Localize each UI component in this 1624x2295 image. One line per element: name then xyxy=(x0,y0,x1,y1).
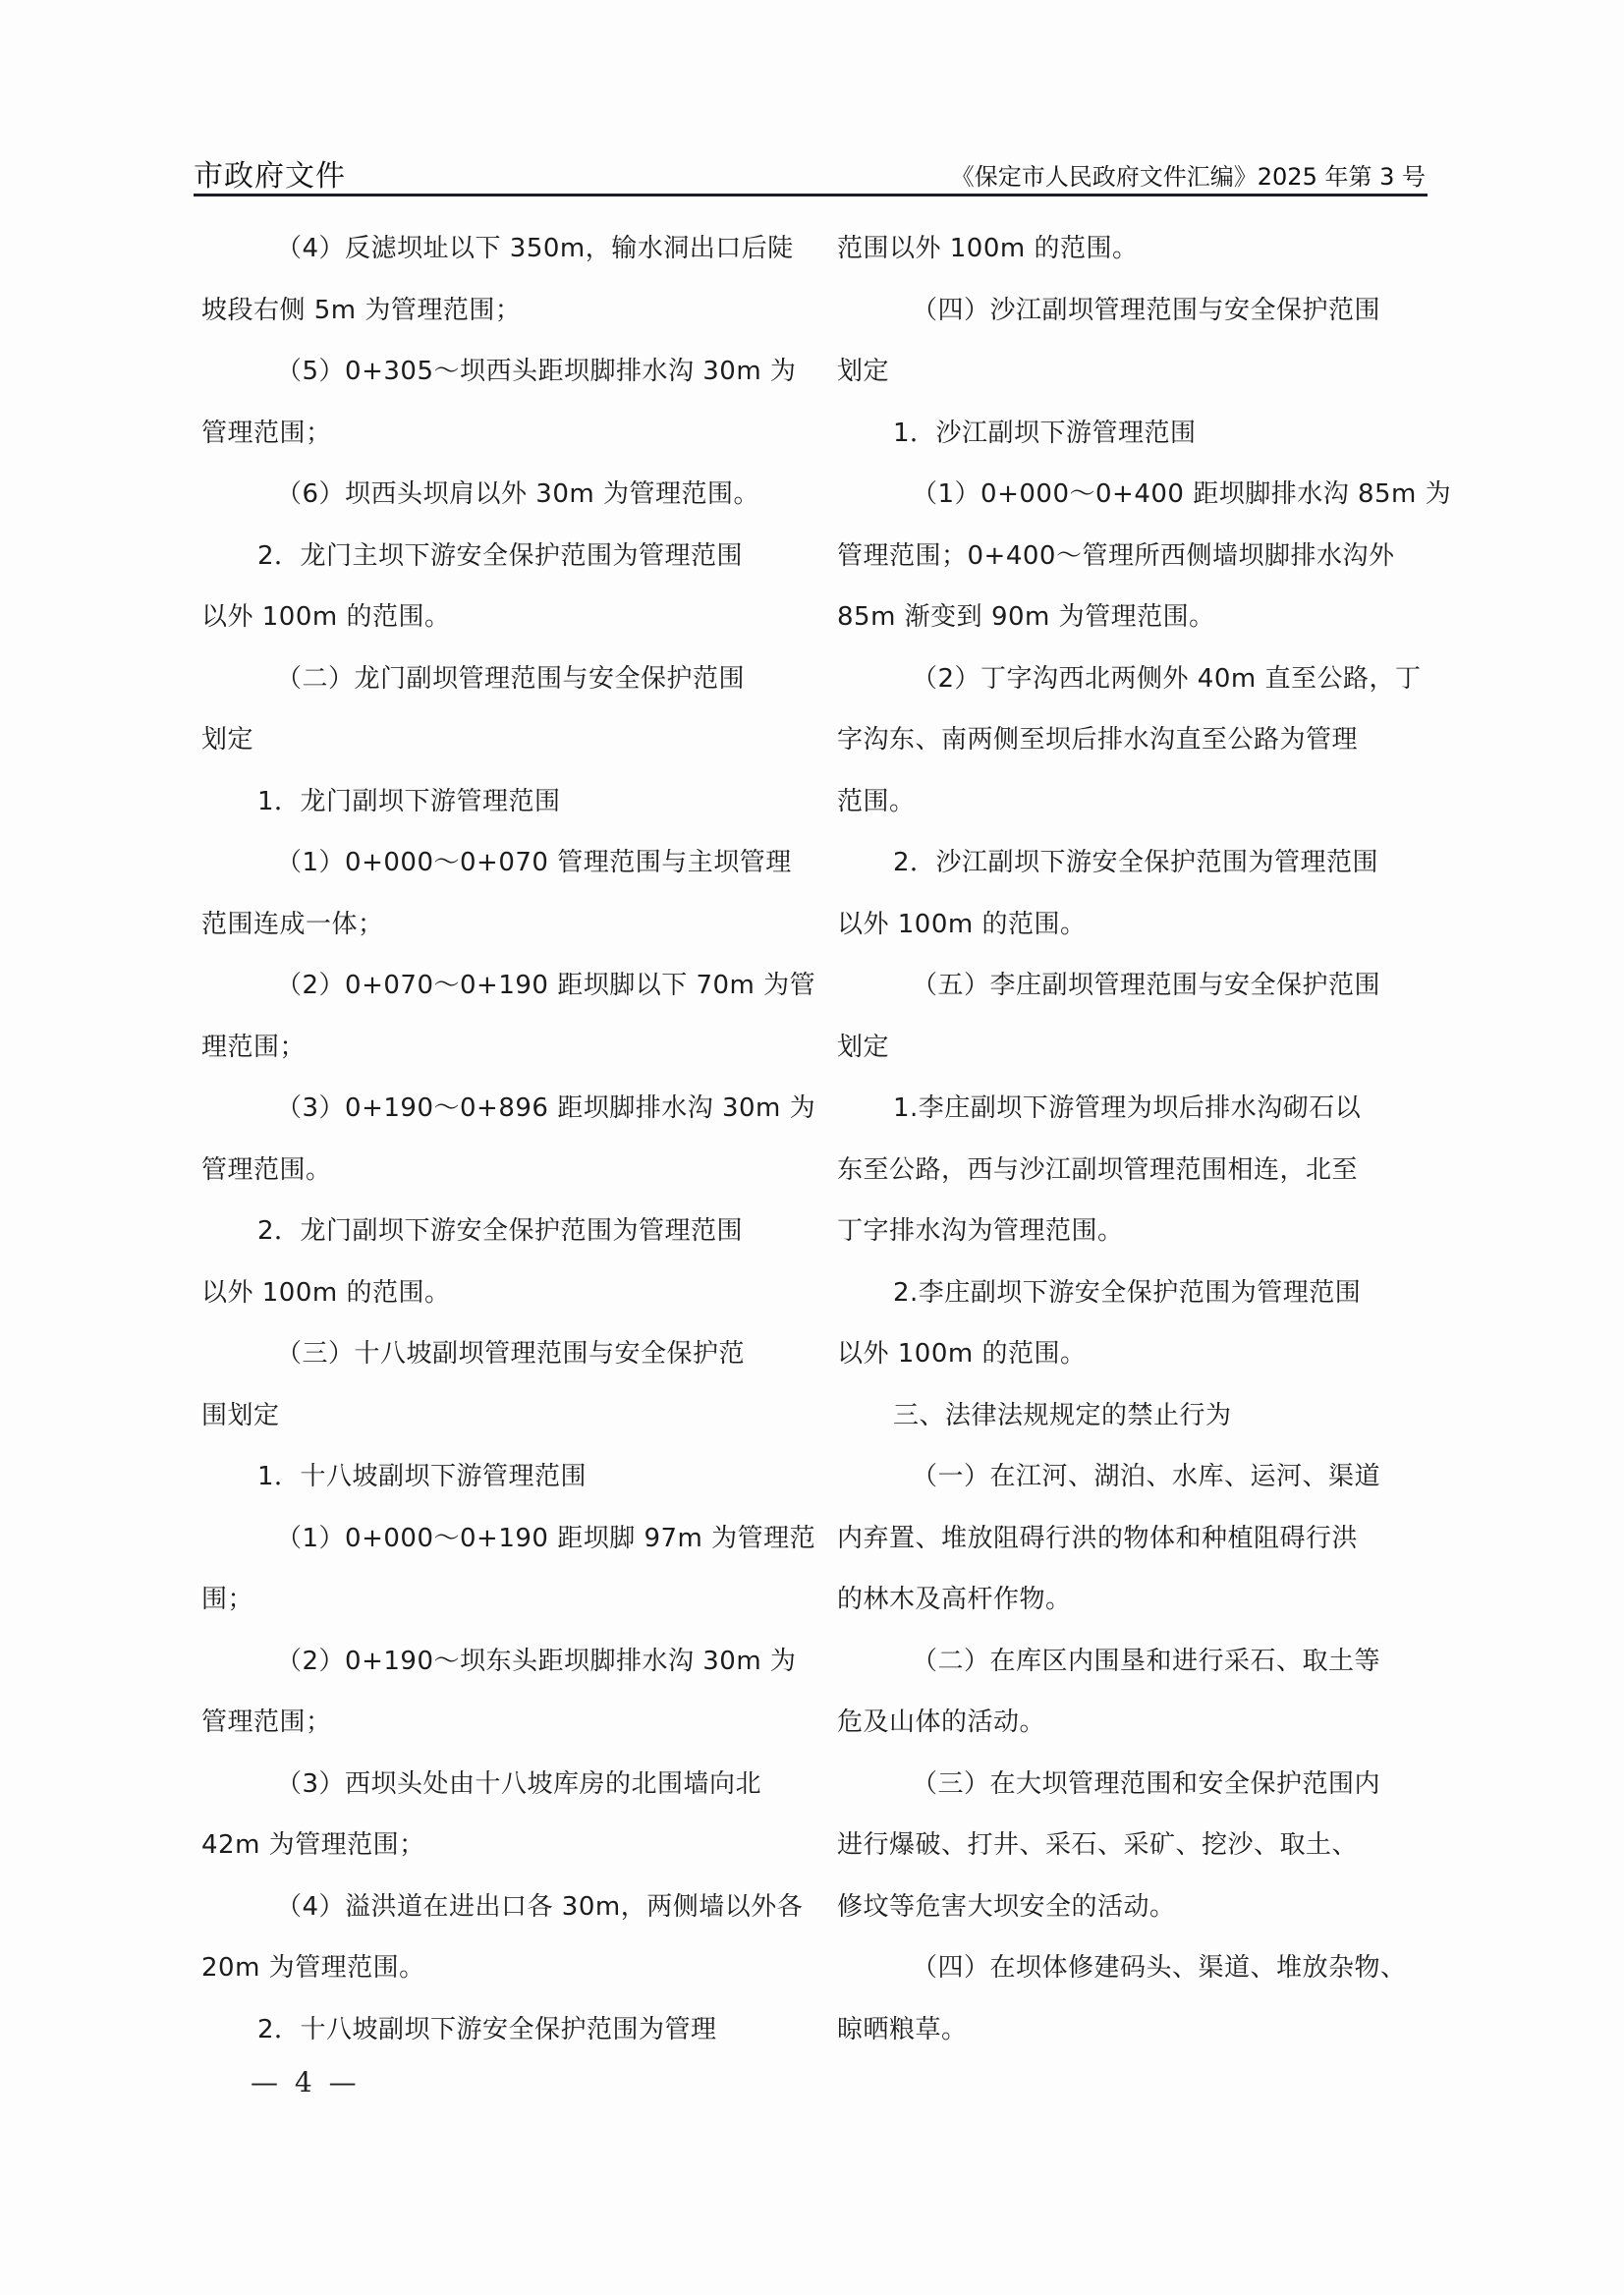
text-line: 三、法律法规规定的禁止行为 xyxy=(837,1391,1427,1453)
text-line: （四）在坝体修建码头、渠道、堆放杂物、 xyxy=(837,1943,1427,2005)
text-line: 内弃置、堆放阻碍行洪的物体和种植阻碍行洪 xyxy=(837,1514,1427,1576)
text-line: 划定 xyxy=(837,347,1427,409)
text-line: （一）在江河、湖泊、水库、运河、渠道 xyxy=(837,1452,1427,1514)
text-line: 2．沙江副坝下游安全保护范围为管理范围 xyxy=(837,838,1427,900)
text-line: 2．龙门副坝下游安全保护范围为管理范围 xyxy=(201,1206,791,1268)
text-line: 围划定 xyxy=(201,1391,791,1453)
text-line: 修坟等危害大坝安全的活动。 xyxy=(837,1882,1427,1944)
text-line: 1．沙江副坝下游管理范围 xyxy=(837,409,1427,471)
header-divider xyxy=(194,194,1428,196)
text-line: 42m 为管理范围； xyxy=(201,1820,791,1882)
left-text-column: （4）反滤坝址以下 350m，输水洞出口后陡坡段右侧 5m 为管理范围；（5）0… xyxy=(201,224,791,2066)
text-line: （二）龙门副坝管理范围与安全保护范围 xyxy=(201,654,791,716)
text-line: 进行爆破、打井、采石、采矿、挖沙、取土、 xyxy=(837,1820,1427,1882)
text-line: 管理范围； xyxy=(201,409,791,471)
text-line: （1）0+000～0+070 管理范围与主坝管理 xyxy=(201,838,791,900)
text-line: （3）0+190～0+896 距坝脚排水沟 30m 为 xyxy=(201,1084,791,1146)
text-line: 1.李庄副坝下游管理为坝后排水沟砌石以 xyxy=(837,1084,1427,1146)
text-line: 危及山体的活动。 xyxy=(837,1698,1427,1760)
text-line: （1）0+000～0+190 距坝脚 97m 为管理范 xyxy=(201,1514,791,1576)
text-line: 2.李庄副坝下游安全保护范围为管理范围 xyxy=(837,1268,1427,1330)
text-line: （1）0+000～0+400 距坝脚排水沟 85m 为 xyxy=(837,470,1427,532)
page-number: — 4 — xyxy=(251,2066,361,2099)
text-line: 85m 渐变到 90m 为管理范围。 xyxy=(837,592,1427,654)
text-line: 以外 100m 的范围。 xyxy=(201,592,791,654)
text-line: 管理范围； xyxy=(201,1698,791,1760)
text-line: （3）西坝头处由十八坡库房的北围墙向北 xyxy=(201,1760,791,1821)
text-line: 理范围； xyxy=(201,1023,791,1085)
text-line: 划定 xyxy=(201,715,791,777)
text-line: （四）沙江副坝管理范围与安全保护范围 xyxy=(837,286,1427,348)
text-line: （三）在大坝管理范围和安全保护范围内 xyxy=(837,1760,1427,1821)
text-line: 2．十八坡副坝下游安全保护范围为管理 xyxy=(201,2005,791,2067)
header-publication-title: 《保定市人民政府文件汇编》2025 年第 3 号 xyxy=(951,157,1426,192)
text-line: （三）十八坡副坝管理范围与安全保护范 xyxy=(201,1329,791,1391)
text-line: 2．龙门主坝下游安全保护范围为管理范围 xyxy=(201,532,791,593)
text-line: 1．十八坡副坝下游管理范围 xyxy=(201,1452,791,1514)
text-line: 管理范围；0+400～管理所西侧墙坝脚排水沟外 xyxy=(837,532,1427,593)
text-line: （4）溢洪道在进出口各 30m，两侧墙以外各 xyxy=(201,1882,791,1944)
header-section-title: 市政府文件 xyxy=(194,151,346,195)
text-line: 范围以外 100m 的范围。 xyxy=(837,224,1427,286)
text-line: 以外 100m 的范围。 xyxy=(837,1329,1427,1391)
text-line: 字沟东、南两侧至坝后排水沟直至公路为管理 xyxy=(837,715,1427,777)
text-line: 管理范围。 xyxy=(201,1146,791,1207)
text-line: （2）丁字沟西北两侧外 40m 直至公路，丁 xyxy=(837,654,1427,716)
text-line: 丁字排水沟为管理范围。 xyxy=(837,1206,1427,1268)
text-line: 范围。 xyxy=(837,777,1427,839)
text-line: （2）0+190～坝东头距坝脚排水沟 30m 为 xyxy=(201,1637,791,1699)
text-line: （4）反滤坝址以下 350m，输水洞出口后陡 xyxy=(201,224,791,286)
text-line: （2）0+070～0+190 距坝脚以下 70m 为管 xyxy=(201,961,791,1023)
text-line: 以外 100m 的范围。 xyxy=(837,900,1427,962)
text-line: 1．龙门副坝下游管理范围 xyxy=(201,777,791,839)
text-line: （5）0+305～坝西头距坝脚排水沟 30m 为 xyxy=(201,347,791,409)
text-line: 以外 100m 的范围。 xyxy=(201,1268,791,1330)
text-line: 划定 xyxy=(837,1023,1427,1085)
text-line: 东至公路，西与沙江副坝管理范围相连，北至 xyxy=(837,1146,1427,1207)
text-line: 的林木及高杆作物。 xyxy=(837,1575,1427,1637)
text-line: 晾晒粮草。 xyxy=(837,2005,1427,2067)
text-line: 20m 为管理范围。 xyxy=(201,1943,791,2005)
text-line: （6）坝西头坝肩以外 30m 为管理范围。 xyxy=(201,470,791,532)
text-line: （二）在库区内围垦和进行采石、取土等 xyxy=(837,1637,1427,1699)
text-line: 围； xyxy=(201,1575,791,1637)
text-line: 坡段右侧 5m 为管理范围； xyxy=(201,286,791,348)
text-line: （五）李庄副坝管理范围与安全保护范围 xyxy=(837,961,1427,1023)
right-text-column: 范围以外 100m 的范围。（四）沙江副坝管理范围与安全保护范围划定1．沙江副坝… xyxy=(837,224,1427,2066)
text-line: 范围连成一体； xyxy=(201,900,791,962)
